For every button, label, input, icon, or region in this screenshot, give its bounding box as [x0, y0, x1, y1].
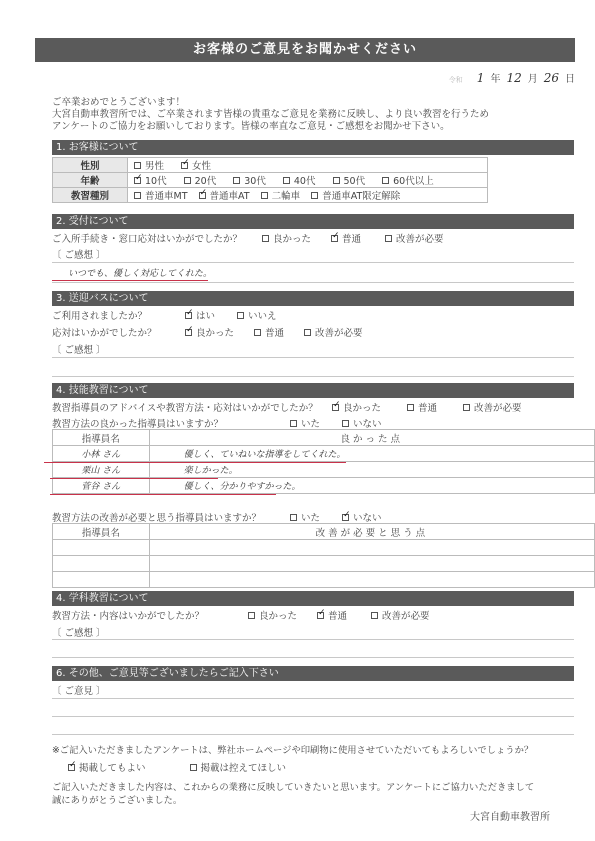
option-40s[interactable]: 40代 — [283, 173, 316, 187]
page-title: お客様のご意見をお聞かせください — [35, 38, 575, 62]
option-average[interactable]: 普通 — [331, 231, 361, 245]
column-header-instructor: 指導員名 — [53, 524, 150, 540]
option-publish-ok[interactable]: 掲載してもよい — [68, 760, 146, 774]
date-day-unit: 日 — [565, 70, 575, 85]
instructor-name[interactable]: 栗山 さん — [53, 462, 150, 478]
classroom-question: 教習方法・内容はいかがでしたか？ — [52, 608, 248, 622]
good-instructor-row: 教習方法の良かった指導員はいますか？ いた いない — [52, 416, 396, 430]
column-header-instructor: 指導員名 — [53, 430, 150, 446]
improvement-point[interactable] — [149, 572, 594, 588]
date-year-unit: 年 — [490, 70, 500, 85]
bus-service-row: 応対はいかがでしたか？ 良かった 普通 改善が必要 — [52, 325, 377, 339]
checkbox[interactable] — [134, 162, 141, 169]
course-type-row: 教習種別 普通車MT 普通車AT 二輪車 普通車AT限定解除 — [53, 188, 488, 203]
reception-question: ご入所手続き・窓口応対はいかがでしたか？ — [52, 231, 262, 245]
checkbox[interactable] — [184, 177, 191, 184]
option-yes-there-was[interactable]: いた — [290, 510, 320, 524]
intro-text: ご卒業おめでとうございます！ 大宮自動車教習所では、ご卒業されます皆様の貴重なご… — [52, 97, 489, 133]
classroom-comment-line[interactable] — [52, 639, 574, 640]
table-row — [53, 572, 595, 588]
table-row — [53, 540, 595, 556]
checkbox[interactable] — [342, 420, 349, 427]
checkbox-checked[interactable] — [317, 612, 324, 619]
bus-comment-line[interactable] — [52, 357, 574, 358]
section-4-header: 4. 技能教習について — [52, 383, 574, 398]
option-needs-improvement[interactable]: 改善が必要 — [371, 608, 430, 622]
date-day[interactable]: 26 — [544, 71, 559, 85]
checkbox-checked[interactable] — [199, 192, 206, 199]
divider — [52, 282, 574, 283]
checkbox[interactable] — [248, 612, 255, 619]
option-average[interactable]: 普通 — [407, 400, 437, 414]
improve-instructor-table: 指導員名 改善が必要と思う点 — [52, 523, 595, 588]
good-point[interactable]: 楽しかった。 — [149, 462, 594, 478]
checkbox-checked[interactable] — [342, 514, 349, 521]
red-underline — [44, 462, 346, 463]
option-female[interactable]: 女性 — [181, 158, 211, 172]
improvement-point[interactable] — [149, 556, 594, 572]
consent-question: ※ご記入いただきましたアンケートは、弊社ホームページや印刷物に使用させていただい… — [52, 744, 533, 757]
divider — [52, 262, 574, 263]
table-row: 小林 さん 優しく、ていねいな指導をしてくれた。 — [53, 446, 595, 462]
reception-comment-label: 〔 ご感想 〕 — [52, 247, 106, 261]
option-10s[interactable]: 10代 — [134, 173, 167, 187]
checkbox-checked[interactable] — [332, 404, 339, 411]
option-good[interactable]: 良かった — [248, 608, 297, 622]
section-6-header: 6. その他、ご意見等ございましたらご記入下さい — [52, 666, 574, 681]
option-motorcycle[interactable]: 二輪車 — [261, 188, 301, 202]
checkbox[interactable] — [290, 514, 297, 521]
checkbox-checked[interactable] — [134, 177, 141, 184]
checkbox-checked[interactable] — [68, 764, 75, 771]
checkbox[interactable] — [134, 192, 141, 199]
table-header-row: 指導員名 良かった点 — [53, 430, 595, 446]
reception-question-row: ご入所手続き・窓口応対はいかがでしたか？ 良かった 普通 改善が必要 — [52, 231, 458, 245]
table-row — [53, 556, 595, 572]
checkbox[interactable] — [262, 235, 269, 242]
option-at[interactable]: 普通車AT — [199, 188, 250, 202]
gender-label: 性別 — [53, 158, 128, 173]
intro-line: ご卒業おめでとうございます！ — [52, 97, 489, 109]
table-header-row: 指導員名 改善が必要と思う点 — [53, 524, 595, 540]
option-average[interactable]: 普通 — [317, 608, 347, 622]
checkbox[interactable] — [233, 177, 240, 184]
checkbox[interactable] — [190, 764, 197, 771]
improvement-point[interactable] — [149, 540, 594, 556]
customer-info-table: 性別 男性 女性 年齢 10代 20代 30代 40代 50代 60代以上 教習… — [52, 157, 488, 203]
table-row: 栗山 さん 楽しかった。 — [53, 462, 595, 478]
red-underline — [52, 280, 208, 281]
good-instructor-question: 教習方法の良かった指導員はいますか？ — [52, 416, 290, 430]
instructor-rating-row: 教習指導員のアドバイスや教習方法・応対はいかがでしたか？ 良かった 普通 改善が… — [52, 400, 536, 414]
option-publish-no[interactable]: 掲載は控えてほしい — [190, 760, 287, 774]
classroom-question-row: 教習方法・内容はいかがでしたか？ 良かった 普通 改善が必要 — [52, 608, 444, 622]
instructor-rating-question: 教習指導員のアドバイスや教習方法・応対はいかがでしたか？ — [52, 400, 332, 414]
checkbox[interactable] — [385, 235, 392, 242]
option-male[interactable]: 男性 — [134, 158, 164, 172]
instructor-name[interactable] — [53, 540, 150, 556]
classroom-comment-label: 〔 ご感想 〕 — [52, 625, 106, 639]
red-underline — [50, 478, 218, 479]
closing-line: 誠にありがとうございました。 — [52, 794, 534, 807]
checkbox[interactable] — [463, 404, 470, 411]
checkbox[interactable] — [283, 177, 290, 184]
other-comment-line[interactable] — [52, 698, 574, 699]
instructor-name[interactable] — [53, 556, 150, 572]
improve-instructor-question: 教習方法の改善が必要と思う指導員はいますか？ — [52, 510, 290, 524]
classroom-comment-line[interactable] — [52, 657, 574, 658]
closing-text: ご記入いただきました内容は、これからの業務に反映していきたいと思います。アンケー… — [52, 781, 534, 807]
school-name: 大宮自動車教習所 — [470, 808, 550, 823]
checkbox[interactable] — [311, 192, 318, 199]
option-20s[interactable]: 20代 — [184, 173, 217, 187]
option-yes-there-was[interactable]: いた — [290, 416, 320, 430]
option-30s[interactable]: 30代 — [233, 173, 266, 187]
checkbox-checked[interactable] — [181, 162, 188, 169]
option-good[interactable]: 良かった — [262, 231, 311, 245]
instructor-name[interactable]: 小林 さん — [53, 446, 150, 462]
option-none[interactable]: いない — [342, 510, 382, 524]
section-2-header: 2. 受付について — [52, 214, 574, 229]
other-comment-line[interactable] — [52, 716, 574, 717]
checkbox[interactable] — [261, 192, 268, 199]
reception-comment[interactable]: いつでも、優しく対応してくれた。 — [68, 266, 212, 279]
good-point[interactable]: 優しく、分かりやすかった。 — [149, 478, 594, 494]
checkbox-checked[interactable] — [185, 329, 192, 336]
course-type-label: 教習種別 — [53, 188, 128, 203]
age-row: 年齢 10代 20代 30代 40代 50代 60代以上 — [53, 173, 488, 188]
instructor-name[interactable]: 菅谷 さん — [53, 478, 150, 494]
bus-comment-label: 〔 ご感想 〕 — [52, 342, 106, 356]
bus-service-question: 応対はいかがでしたか？ — [52, 325, 185, 339]
checkbox[interactable] — [290, 420, 297, 427]
option-needs-improvement[interactable]: 改善が必要 — [304, 325, 363, 339]
option-50s[interactable]: 50代 — [333, 173, 366, 187]
checkbox[interactable] — [382, 177, 389, 184]
checkbox[interactable] — [237, 312, 244, 319]
other-comment-label: 〔 ご意見 〕 — [52, 683, 106, 697]
option-needs-improvement[interactable]: 改善が必要 — [385, 231, 444, 245]
option-good[interactable]: 良かった — [332, 400, 381, 414]
improve-instructor-row: 教習方法の改善が必要と思う指導員はいますか？ いた いない — [52, 510, 396, 524]
checkbox[interactable] — [304, 329, 311, 336]
good-point[interactable]: 優しく、ていねいな指導をしてくれた。 — [149, 446, 594, 462]
date-month[interactable]: 12 — [506, 71, 521, 85]
section-3-header: 3. 送迎バスについて — [52, 291, 574, 306]
date-era: 令和 — [449, 75, 463, 85]
instructor-name[interactable] — [53, 572, 150, 588]
closing-line: ご記入いただきました内容は、これからの業務に反映していきたいと思います。アンケー… — [52, 781, 534, 794]
checkbox[interactable] — [371, 612, 378, 619]
date-year[interactable]: 1 — [477, 71, 485, 85]
option-at-limit-release[interactable]: 普通車AT限定解除 — [311, 188, 400, 202]
option-needs-improvement[interactable]: 改善が必要 — [463, 400, 522, 414]
checkbox-checked[interactable] — [185, 312, 192, 319]
red-underline — [50, 494, 276, 495]
option-good[interactable]: 良かった — [185, 325, 234, 339]
option-average[interactable]: 普通 — [254, 325, 284, 339]
bus-usage-row: ご利用されましたか？ はい いいえ — [52, 308, 291, 322]
other-comment-line[interactable] — [52, 734, 574, 735]
intro-line: 大宮自動車教習所では、ご卒業されます皆様の貴重なご意見を業務に反映し、より良い教… — [52, 109, 489, 121]
checkbox[interactable] — [254, 329, 261, 336]
section-1-header: 1. お客様について — [52, 140, 574, 155]
option-60s-plus[interactable]: 60代以上 — [382, 173, 434, 187]
column-header-improvement-points: 改善が必要と思う点 — [149, 524, 594, 540]
option-yes[interactable]: はい — [185, 308, 215, 322]
survey-date: 令和 1 年 12 月 26 日 — [395, 70, 575, 85]
gender-row: 性別 男性 女性 — [53, 158, 488, 173]
column-header-good-points: 良かった点 — [149, 430, 594, 446]
bus-comment-line[interactable] — [52, 376, 574, 377]
bus-usage-question: ご利用されましたか？ — [52, 308, 185, 322]
date-month-unit: 月 — [528, 70, 538, 85]
checkbox-checked[interactable] — [331, 235, 338, 242]
section-5-header: 4. 学科教習について — [52, 591, 574, 606]
option-no[interactable]: いいえ — [237, 308, 277, 322]
table-row: 菅谷 さん 優しく、分かりやすかった。 — [53, 478, 595, 494]
checkbox[interactable] — [407, 404, 414, 411]
age-label: 年齢 — [53, 173, 128, 188]
consent-options: 掲載してもよい 掲載は控えてほしい — [68, 760, 300, 774]
checkbox[interactable] — [333, 177, 340, 184]
option-mt[interactable]: 普通車MT — [134, 188, 188, 202]
intro-line: アンケートのご協力をお願いしております。皆様の率直なご意見・ご感想をお聞かせ下さ… — [52, 121, 489, 133]
option-none[interactable]: いない — [342, 416, 382, 430]
